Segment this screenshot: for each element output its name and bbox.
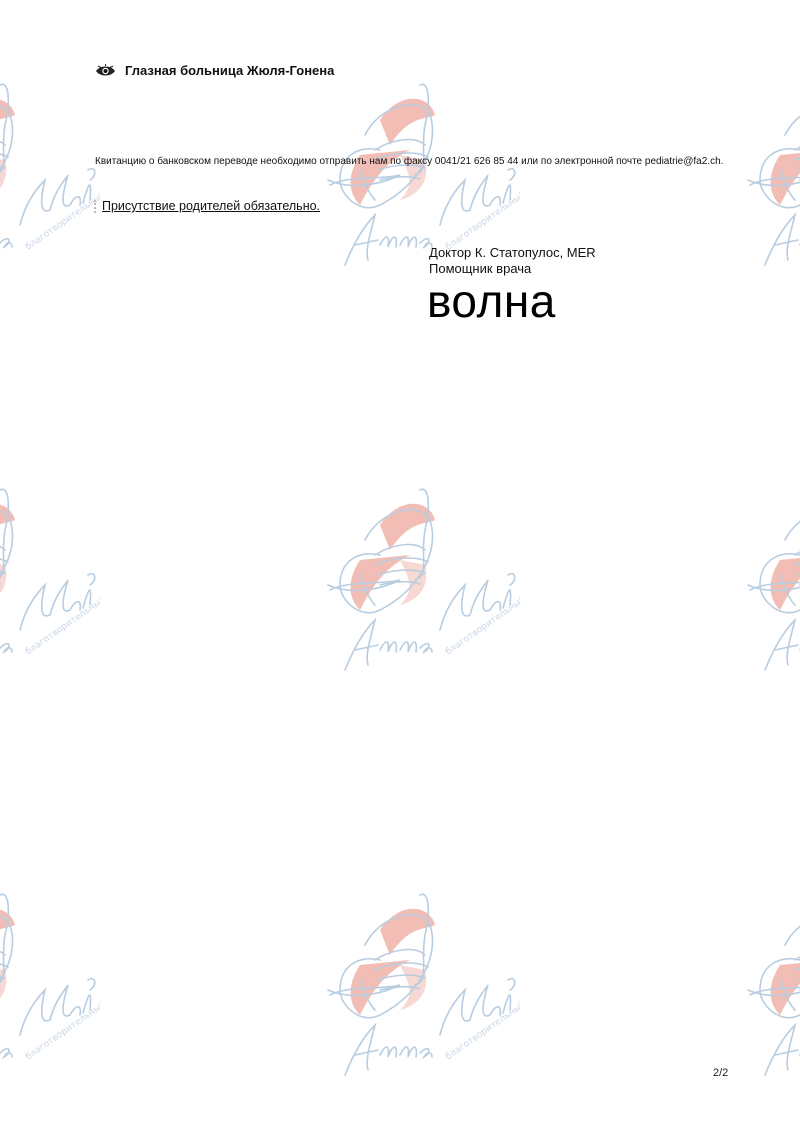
parents-required-text: Присутствие родителей обязательно. (102, 199, 320, 213)
parents-required-note: Присутствие родителей обязательно. (94, 199, 320, 213)
signature-text: волна (427, 274, 556, 328)
payment-notice: Квитанцию о банковском переводе необходи… (95, 156, 723, 167)
signature-block: Доктор К. Статопулос, MER Помощник врача (429, 245, 596, 277)
doctor-name: Доктор К. Статопулос, MER (429, 245, 596, 261)
marker-icon (94, 200, 99, 213)
page-number: 2/2 (713, 1067, 728, 1079)
document-header: Глазная больница Жюля-Гонена (95, 63, 334, 78)
hospital-name: Глазная больница Жюля-Гонена (125, 63, 334, 78)
document-page: Глазная больница Жюля-Гонена Квитанцию о… (0, 0, 800, 1132)
eye-icon (95, 64, 116, 78)
